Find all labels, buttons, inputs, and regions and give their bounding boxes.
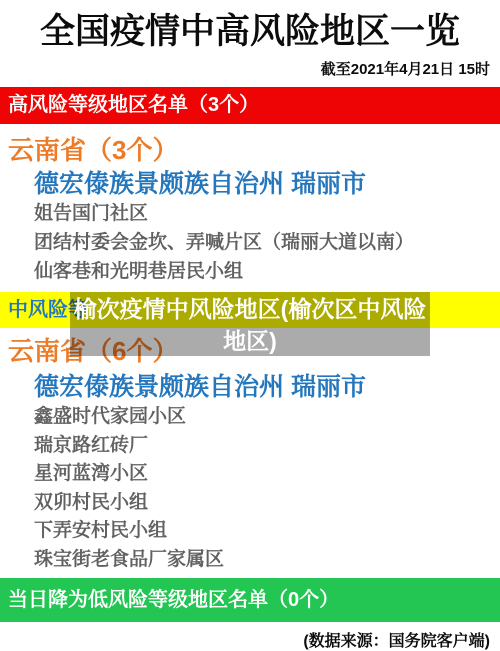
- as-of-timestamp: 截至2021年4月21日 15时: [321, 58, 490, 79]
- list-item: 鑫盛时代家园小区: [34, 403, 224, 432]
- list-item: 团结村委会金坎、弄喊片区（瑞丽大道以南）: [34, 228, 414, 257]
- list-item: 姐告国门社区: [34, 199, 414, 228]
- medium-risk-prefecture: 德宏傣族景颇族自治州 瑞丽市: [34, 367, 366, 403]
- page-title: 全国疫情中高风险地区一览: [0, 4, 500, 54]
- high-risk-prefecture: 德宏傣族景颇族自治州 瑞丽市: [34, 164, 366, 200]
- headline-overlay-text: 榆次疫情中风险地区(榆次区中风险地区): [74, 296, 427, 354]
- high-risk-province: 云南省（3个）: [8, 130, 178, 167]
- list-item: 星河蓝湾小区: [34, 460, 224, 489]
- data-source-credit: (数据来源：国务院客户端): [303, 628, 490, 651]
- list-item: 瑞京路红砖厂: [34, 432, 224, 461]
- high-risk-banner: 高风险等级地区名单（3个）: [0, 87, 500, 124]
- list-item: 仙客巷和光明巷居民小组: [34, 257, 414, 286]
- high-risk-area-list: 姐告国门社区 团结村委会金坎、弄喊片区（瑞丽大道以南） 仙客巷和光明巷居民小组: [34, 199, 414, 286]
- list-item: 下弄安村民小组: [34, 517, 224, 546]
- low-risk-banner-label: 当日降为低风险等级地区名单（0个）: [8, 589, 339, 611]
- medium-risk-area-list: 鑫盛时代家园小区 瑞京路红砖厂 星河蓝湾小区 双卯村民小组 下弄安村民小组 珠宝…: [34, 403, 224, 575]
- low-risk-banner: 当日降为低风险等级地区名单（0个）: [0, 578, 500, 622]
- list-item: 珠宝街老食品厂家属区: [34, 546, 224, 575]
- high-risk-banner-label: 高风险等级地区名单（3个）: [8, 94, 259, 116]
- headline-overlay: 榆次疫情中风险地区(榆次区中风险地区): [70, 292, 430, 356]
- list-item: 双卯村民小组: [34, 489, 224, 518]
